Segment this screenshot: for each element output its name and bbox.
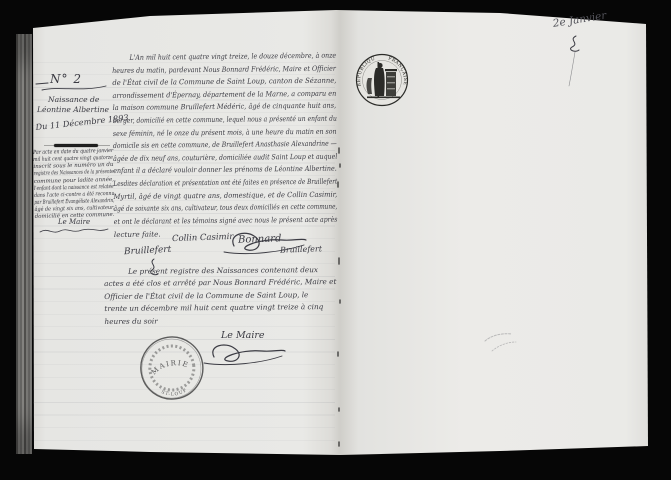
corner-annotation-scribble (562, 34, 588, 90)
republique-francaise-seal: RÉPUBLIQUE FRANÇAISE (355, 52, 411, 108)
margin-title-line1: Naissance de (48, 95, 99, 104)
closing-signature-flourish (198, 341, 286, 367)
mairie-stamp: MAIRIE ST-LOUP (132, 330, 213, 407)
mairie-stamp-center-text: MAIRIE (149, 357, 192, 377)
book-page-edges (16, 34, 32, 454)
text-line: heures du soir (104, 314, 336, 328)
scanned-register-page: N° 2 Naissance de Léontine Albertine Du … (0, 0, 671, 480)
margin-annotation: Par acte en date du quatre janviermil hu… (33, 148, 115, 221)
margin-title-line2: Léontine Albertine (37, 105, 109, 114)
pencil-scribble (482, 329, 522, 357)
margin-separator-line (44, 145, 110, 146)
act-number-flourish (34, 80, 112, 94)
birth-act-text: L'An mil huit cent quatre vingt treize, … (112, 50, 338, 241)
closing-signoff: Le Maire (221, 330, 265, 341)
signature-bruillefert-right: Bruillefert (280, 244, 322, 254)
svg-text:MAIRIE: MAIRIE (149, 357, 192, 377)
register-closing-text: Le présent registre des Naissances conte… (104, 264, 337, 328)
text-line: et ont le déclarant et les témoins signé… (114, 214, 307, 229)
margin-signature-scribble (38, 225, 112, 237)
text-line: trente un décembre mil huit cent quatre … (104, 301, 336, 315)
